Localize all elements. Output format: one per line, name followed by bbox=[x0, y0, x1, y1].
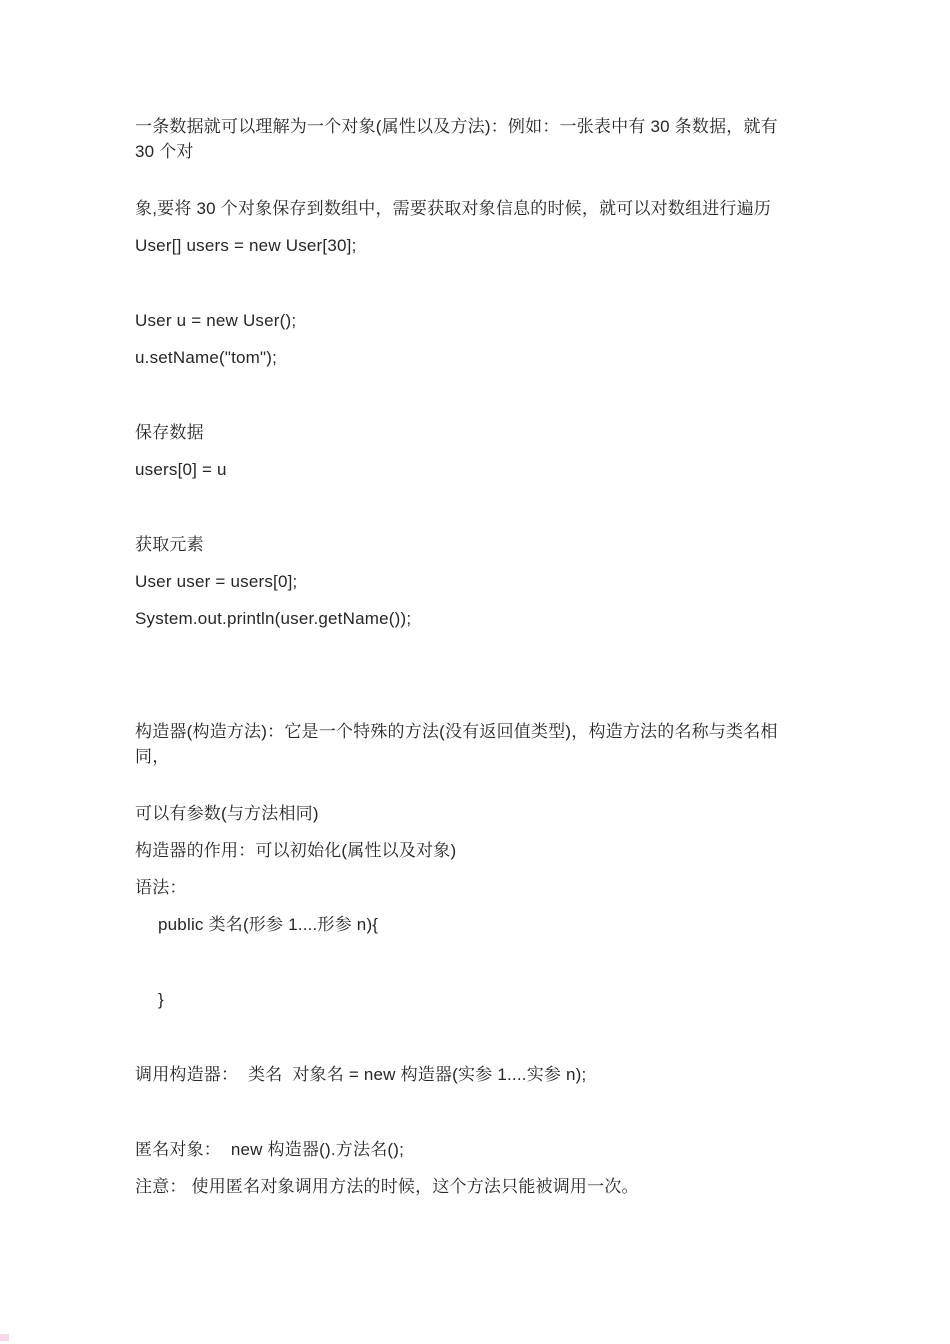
text-line: 构造器的作用：可以初始化(属性以及对象) bbox=[135, 838, 835, 863]
code-line: System.out.println(user.getName()); bbox=[135, 606, 835, 631]
text-line: 匿名对象： new 构造器().方法名(); bbox=[135, 1137, 835, 1162]
text-line: 可以有参数(与方法相同) bbox=[135, 801, 835, 826]
document-content: 一条数据就可以理解为一个对象(属性以及方法)：例如：一张表中有 30 条数据，就… bbox=[0, 0, 950, 1199]
blank-line bbox=[135, 1024, 835, 1050]
text-line: 构造器(构造方法)：它是一个特殊的方法(没有返回值类型)，构造方法的名称与类名相… bbox=[135, 719, 835, 769]
document-page: 一条数据就可以理解为一个对象(属性以及方法)：例如：一张表中有 30 条数据，就… bbox=[0, 0, 950, 1344]
blank-line bbox=[135, 382, 835, 408]
blank-line bbox=[135, 494, 835, 520]
blank-line bbox=[135, 1099, 835, 1125]
text-line: 象,要将 30 个对象保存到数组中，需要获取对象信息的时候，就可以对数组进行遍历 bbox=[135, 196, 835, 221]
code-line: User u = new User(); bbox=[135, 308, 835, 333]
code-line: public 类名(形参 1....形参 n){ bbox=[135, 912, 835, 937]
code-line: users[0] = u bbox=[135, 457, 835, 482]
code-line: u.setName("tom"); bbox=[135, 345, 835, 370]
code-line: User user = users[0]; bbox=[135, 569, 835, 594]
text-line: 调用构造器： 类名 对象名 = new 构造器(实参 1....实参 n); bbox=[135, 1062, 835, 1087]
text-line: 获取元素 bbox=[135, 532, 835, 557]
text-line: 语法： bbox=[135, 875, 835, 900]
blank-line bbox=[135, 270, 835, 296]
text-line: 一条数据就可以理解为一个对象(属性以及方法)：例如：一张表中有 30 条数据，就… bbox=[135, 114, 835, 164]
blank-line bbox=[135, 643, 835, 669]
code-line: User[] users = new User[30]; bbox=[135, 233, 835, 258]
text-line: 保存数据 bbox=[135, 420, 835, 445]
blank-line bbox=[135, 681, 835, 707]
blank-line bbox=[135, 949, 835, 975]
page-corner-mark bbox=[0, 1334, 9, 1341]
text-line: 注意： 使用匿名对象调用方法的时候，这个方法只能被调用一次。 bbox=[135, 1174, 835, 1199]
code-line: } bbox=[135, 987, 835, 1012]
